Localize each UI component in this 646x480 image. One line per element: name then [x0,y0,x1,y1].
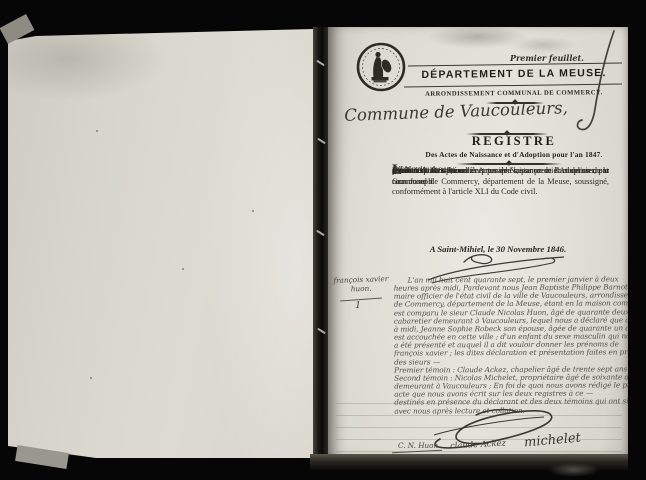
witness-signature-michelet: michelet [523,431,581,451]
left-blank-page [8,29,313,458]
signature-underline [392,450,442,454]
paper-speck [90,377,92,379]
paper-speck [252,210,254,212]
book-binding-seam [313,27,328,457]
witness-signature-ackez: claude Ackez [450,438,506,451]
registry-page: Premier feuillet. DÉPARTEMENT DE LA MEUS… [328,27,628,456]
witness-signature-huon: C. N. Huon [398,441,438,450]
book-scan: Premier feuillet. DÉPARTEMENT DE LA MEUS… [0,0,646,480]
bottom-smudge [548,463,600,477]
paper-speck [182,268,184,270]
signature-row: C. N. Huon claude Ackez michelet [328,27,628,456]
paper-speck [96,130,98,132]
